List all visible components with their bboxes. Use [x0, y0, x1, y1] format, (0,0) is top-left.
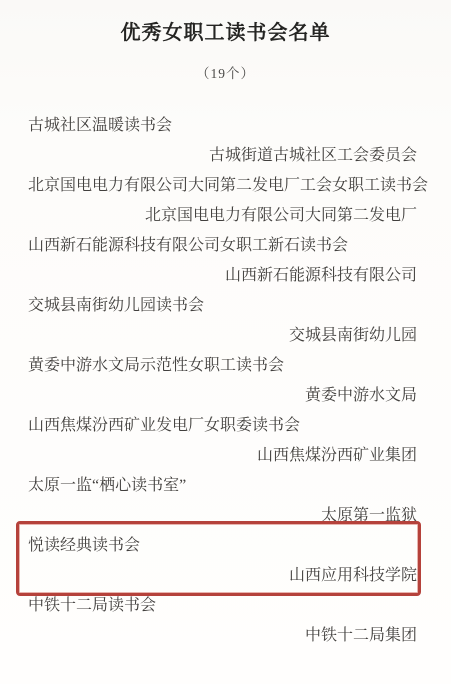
entry-list: 古城社区温暖读书会 古城街道古城社区工会委员会 北京国电电力有限公司大同第二发电… [0, 111, 451, 651]
org-name: 太原第一监狱 [0, 501, 451, 531]
club-name: 悦读经典读书会 [0, 531, 451, 561]
club-name: 中铁十二局读书会 [0, 591, 451, 621]
list-item: 北京国电电力有限公司大同第二发电厂工会女职工读书会 北京国电电力有限公司大同第二… [0, 171, 451, 231]
club-name: 太原一监“栖心读书室” [0, 471, 451, 501]
org-name: 北京国电电力有限公司大同第二发电厂 [0, 201, 451, 231]
list-item: 交城县南街幼儿园读书会 交城县南街幼儿园 [0, 291, 451, 351]
page-title: 优秀女职工读书会名单 [0, 0, 451, 45]
list-item: 太原一监“栖心读书室” 太原第一监狱 [0, 471, 451, 531]
org-name: 山西焦煤汾西矿业集团 [0, 441, 451, 471]
list-item: 山西新石能源科技有限公司女职工新石读书会 山西新石能源科技有限公司 [0, 231, 451, 291]
org-name: 交城县南街幼儿园 [0, 321, 451, 351]
document-page: 优秀女职工读书会名单 （19个） 古城社区温暖读书会 古城街道古城社区工会委员会… [0, 0, 451, 684]
org-name: 山西新石能源科技有限公司 [0, 261, 451, 291]
club-name: 黄委中游水文局示范性女职工读书会 [0, 351, 451, 381]
club-name: 山西焦煤汾西矿业发电厂女职委读书会 [0, 411, 451, 441]
org-name: 山西应用科技学院 [0, 561, 451, 591]
club-name: 古城社区温暖读书会 [0, 111, 451, 141]
club-name: 山西新石能源科技有限公司女职工新石读书会 [0, 231, 451, 261]
club-name: 交城县南街幼儿园读书会 [0, 291, 451, 321]
page-subtitle: （19个） [0, 62, 451, 82]
list-item: 古城社区温暖读书会 古城街道古城社区工会委员会 [0, 111, 451, 171]
org-name: 黄委中游水文局 [0, 381, 451, 411]
list-item: 黄委中游水文局示范性女职工读书会 黄委中游水文局 [0, 351, 451, 411]
org-name: 中铁十二局集团 [0, 621, 451, 651]
org-name: 古城街道古城社区工会委员会 [0, 141, 451, 171]
list-item: 悦读经典读书会 山西应用科技学院 [0, 531, 451, 591]
list-item: 山西焦煤汾西矿业发电厂女职委读书会 山西焦煤汾西矿业集团 [0, 411, 451, 471]
list-item: 中铁十二局读书会 中铁十二局集团 [0, 591, 451, 651]
club-name: 北京国电电力有限公司大同第二发电厂工会女职工读书会 [0, 171, 451, 201]
